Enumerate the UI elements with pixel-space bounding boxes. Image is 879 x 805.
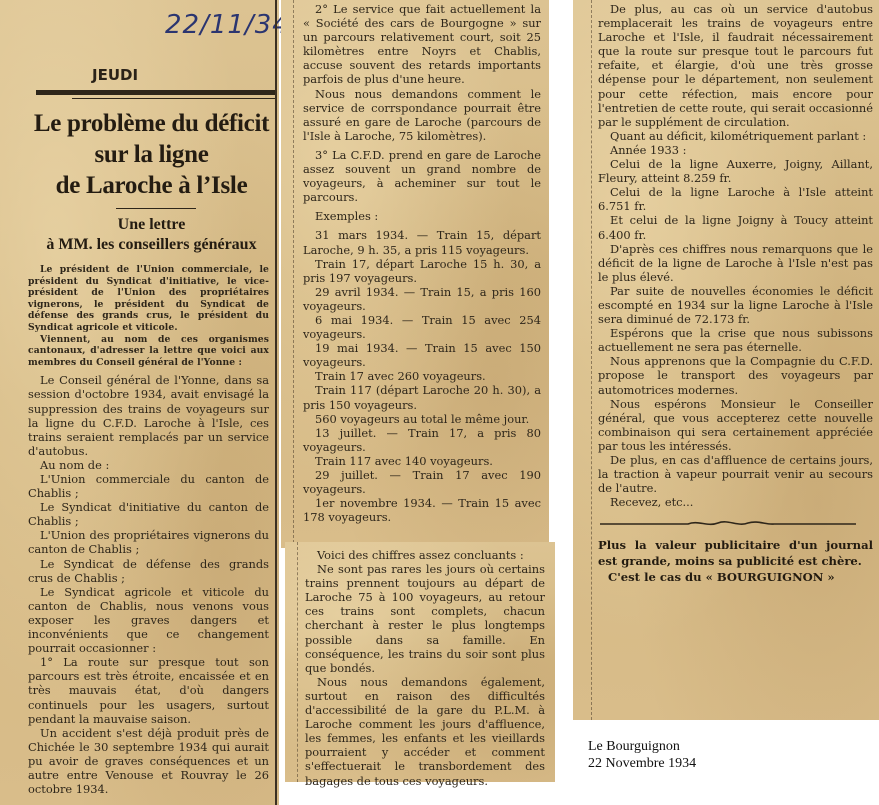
closing-line: Recevez, etc...	[598, 495, 873, 509]
source-date: 22 Novembre 1934	[588, 755, 696, 772]
example-entry: 31 mars 1934. — Train 15, départ Laroche…	[303, 228, 541, 256]
letter-paragraph: Le Syndicat d'initiative du canton de Ch…	[28, 500, 269, 528]
handwritten-date: 22/11/34	[165, 10, 290, 40]
letter-paragraph: Un accident s'est déjà produit près de C…	[28, 726, 269, 796]
headline-line: sur la ligne	[28, 139, 275, 170]
paragraph: Nous apprenons que la Compagnie du C.F.D…	[598, 354, 873, 396]
paragraph: Espérons que la crise que nous subissons…	[598, 326, 873, 354]
advert-text: Plus la valeur publicitaire d'un journal…	[598, 537, 873, 569]
paragraph: De plus, en cas d'affluence de certains …	[598, 453, 873, 495]
paragraph: Celui de la ligne Laroche à l'Isle attei…	[598, 185, 873, 213]
example-entry: 29 juillet. — Train 17 avec 190 voyageur…	[303, 468, 541, 496]
paragraph: Celui de la ligne Auxerre, Joigny, Ailla…	[598, 157, 873, 185]
ornamental-divider-icon	[598, 519, 858, 527]
paragraph: Ne sont pas rares les jours où certains …	[305, 562, 545, 675]
paragraph: Année 1933 :	[598, 143, 873, 157]
day-label: JEUDI	[92, 66, 138, 84]
paragraph: 2° Le service que fait actuellement la «…	[303, 2, 541, 87]
headline-line: Le problème du déficit	[28, 108, 275, 139]
letter-paragraph: L'Union des propriétaires vignerons du c…	[28, 528, 269, 556]
subhead-line: Une lettre	[28, 215, 275, 235]
example-entry: Train 17, départ Laroche 15 h. 30, a pri…	[303, 257, 541, 285]
paragraph: Nous nous demandons comment le service d…	[303, 87, 541, 143]
paragraph: Quant au déficit, kilométriquement parla…	[598, 129, 873, 143]
intro-paragraph: Viennent, au nom de ces organismes canto…	[28, 334, 269, 369]
article-subheadline: Une lettre à MM. les conseillers générau…	[28, 215, 275, 255]
advert-text: C'est le cas du « BOURGUIGNON »	[598, 569, 873, 585]
intro-paragraph: Le président de l'Union commerciale, le …	[28, 264, 269, 334]
paragraph: Exemples :	[303, 209, 541, 223]
paragraph: Voici des chiffres assez concluants :	[305, 548, 545, 562]
paragraph: Nous nous demandons également, surtout e…	[305, 675, 545, 788]
header-rule-thin	[72, 98, 277, 99]
example-entry: Train 117 avec 140 voyageurs.	[303, 454, 541, 468]
letter-paragraph: Le Conseil général de l'Yonne, dans sa s…	[28, 373, 269, 458]
example-entry: 29 avril 1934. — Train 15, a pris 160 vo…	[303, 285, 541, 313]
clipping-column-3: De plus, au cas où un service d'autobus …	[573, 0, 879, 720]
header-rule-thick	[36, 90, 277, 95]
article-body-column-2-continued: Voici des chiffres assez concluants : Ne…	[305, 548, 545, 788]
example-entry: Train 117 (départ Laroche 20 h. 30), a p…	[303, 383, 541, 411]
clipping-column-2-bottom: Voici des chiffres assez concluants : Ne…	[285, 542, 555, 782]
example-entry: Train 17 avec 260 voyageurs.	[303, 369, 541, 383]
letter-paragraph: Le Syndicat de défense des grands crus d…	[28, 557, 269, 585]
article-headline: Le problème du déficit sur la ligne de L…	[28, 108, 275, 201]
paragraph: Nous espérons Monsieur le Conseiller gén…	[598, 397, 873, 453]
paragraph: Et celui de la ligne Joigny à Toucy atte…	[598, 213, 873, 241]
clipping-column-1: 22/11/34 JEUDI Le problème du déficit su…	[0, 0, 279, 805]
headline-divider	[116, 208, 196, 209]
paragraph: De plus, au cas où un service d'autobus …	[598, 2, 873, 129]
paragraph: Par suite de nouvelles économies le défi…	[598, 284, 873, 326]
clipping-column-2-top: 2° Le service que fait actuellement la «…	[281, 0, 549, 548]
example-entry: 560 voyageurs au total le même jour.	[303, 412, 541, 426]
example-entry: 6 mai 1934. — Train 15 avec 254 voyageur…	[303, 313, 541, 341]
subhead-line: à MM. les conseillers généraux	[28, 235, 275, 255]
headline-line: de Laroche à l’Isle	[28, 170, 275, 201]
article-body-column-3: De plus, au cas où un service d'autobus …	[598, 2, 873, 585]
letter-paragraph: 1° La route sur presque tout son parcour…	[28, 655, 269, 725]
example-entry: 1er novembre 1934. — Train 15 avec 178 v…	[303, 496, 541, 524]
article-body-column-1: Le président de l'Union commerciale, le …	[28, 264, 269, 796]
article-body-column-2: 2° Le service que fait actuellement la «…	[303, 2, 541, 524]
paragraph: D'après ces chiffres nous remarquons que…	[598, 242, 873, 284]
letter-paragraph: Au nom de :	[28, 458, 269, 472]
example-entry: 19 mai 1934. — Train 15 avec 150 voyageu…	[303, 341, 541, 369]
example-entry: 13 juillet. — Train 17, a pris 80 voyage…	[303, 426, 541, 454]
paragraph: 3° La C.F.D. prend en gare de Laroche as…	[303, 148, 541, 204]
letter-paragraph: Le Syndicat agricole et viticole du cant…	[28, 585, 269, 655]
letter-paragraph: L'Union commerciale du canton de Chablis…	[28, 472, 269, 500]
source-caption: Le Bourguignon 22 Novembre 1934	[588, 738, 696, 772]
source-name: Le Bourguignon	[588, 738, 696, 755]
